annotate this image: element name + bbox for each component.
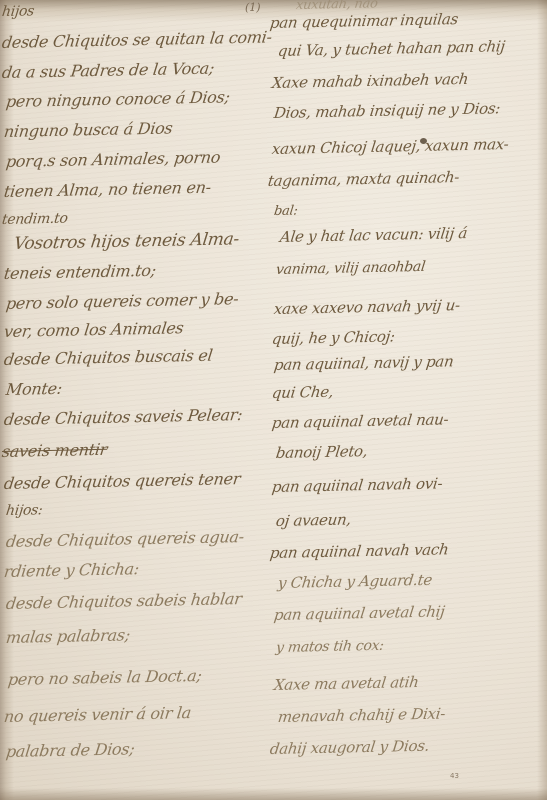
right-line-11: xaxe xaxevo navah yvij u- (273, 296, 461, 318)
manuscript-page: (1) hijos desde Chiquitos se quitan la c… (0, 0, 547, 800)
right-line-18: oj avaeun, (275, 510, 352, 530)
left-line-19: desde Chiquitos quereis agua- (5, 527, 245, 551)
right-line-16: banoij Pleto, (275, 442, 369, 462)
right-line-4: Xaxe mahab ixinabeh vach (271, 70, 469, 92)
right-line-9: Ale y hat lac vacun: vilij á (279, 224, 468, 246)
right-line-14: qui Che, (271, 383, 335, 402)
left-line-9: Vosotros hijos teneis Alma- (13, 229, 240, 254)
left-line-17: desde Chiquitos quereis tener (3, 469, 241, 493)
left-line-18: hijos: (5, 502, 43, 519)
left-line-11: pero solo quereis comer y be- (5, 289, 240, 313)
right-line-19: pan aquiinal navah vach (269, 540, 450, 562)
right-line-22: y matos tih cox: (275, 638, 385, 656)
left-line-15: desde Chiquitos saveis Pelear: (3, 405, 244, 429)
left-line-24: no quereis venir á oir la (3, 703, 192, 726)
right-line-5: Dios, mahab insiquij ne y Dios: (273, 99, 501, 122)
left-line-1: hijos (1, 3, 35, 20)
corner-mark: (1) (245, 1, 261, 14)
left-line-10: teneis entendim.to; (3, 261, 157, 283)
left-line-6: porq.s son Animales, porno (5, 148, 222, 171)
left-line-22: malas palabras; (5, 625, 131, 647)
left-line-20: rdiente y Chicha: (3, 559, 140, 581)
left-line-14: Monte: (5, 379, 63, 399)
left-line-25: palabra de Dios; (5, 739, 136, 761)
right-line-20: y Chicha y Aguard.te (277, 571, 433, 592)
left-line-16-struck: saveis mentir (1, 440, 108, 461)
right-line-12: quij, he y Chicoj: (271, 327, 396, 348)
left-line-3: da a sus Padres de la Voca; (1, 59, 215, 82)
right-line-23: Xaxe ma avetal atih (273, 673, 420, 694)
left-line-5: ninguno busca á Dios (3, 118, 174, 141)
right-line-21: pan aquiinal avetal chij (273, 602, 446, 624)
right-line-15: pan aquiinal avetal nau- (271, 410, 450, 432)
right-line-8: bal: (273, 204, 298, 219)
right-line-13: pan aquiinal, navij y pan (273, 352, 455, 374)
left-line-23: pero no sabeis la Doct.a; (7, 666, 203, 689)
left-line-12: ver, como los Animales (3, 318, 185, 341)
left-line-8: tendim.to (1, 211, 69, 228)
left-line-7: tienen Alma, no tienen en- (3, 178, 212, 201)
right-line-17: pan aquiinal navah ovi- (271, 474, 443, 496)
left-line-4: pero ninguno conoce á Dios; (5, 87, 231, 111)
right-line-3: qui Va, y tuchet hahan pan chij (277, 37, 506, 60)
right-line-10: vanima, vilij anaohbal (275, 259, 426, 278)
left-line-2: desde Chiquitos se quitan la comi- (1, 27, 273, 52)
right-line-25: dahij xaugoral y Dios. (269, 737, 430, 758)
left-line-13: desde Chiquitos buscais el (3, 346, 214, 369)
left-line-21: desde Chiquitos sabeis hablar (5, 589, 243, 613)
right-line-24: menavah chahij e Dixi- (277, 705, 446, 726)
right-line-7: taganima, maxta quinach- (267, 168, 460, 190)
right-line-6: xaxun Chicoj laquej, xaxun max- (271, 135, 510, 158)
right-line-2: pan quequinimar inquilas (269, 10, 459, 32)
folio-number: 43 (450, 772, 459, 780)
